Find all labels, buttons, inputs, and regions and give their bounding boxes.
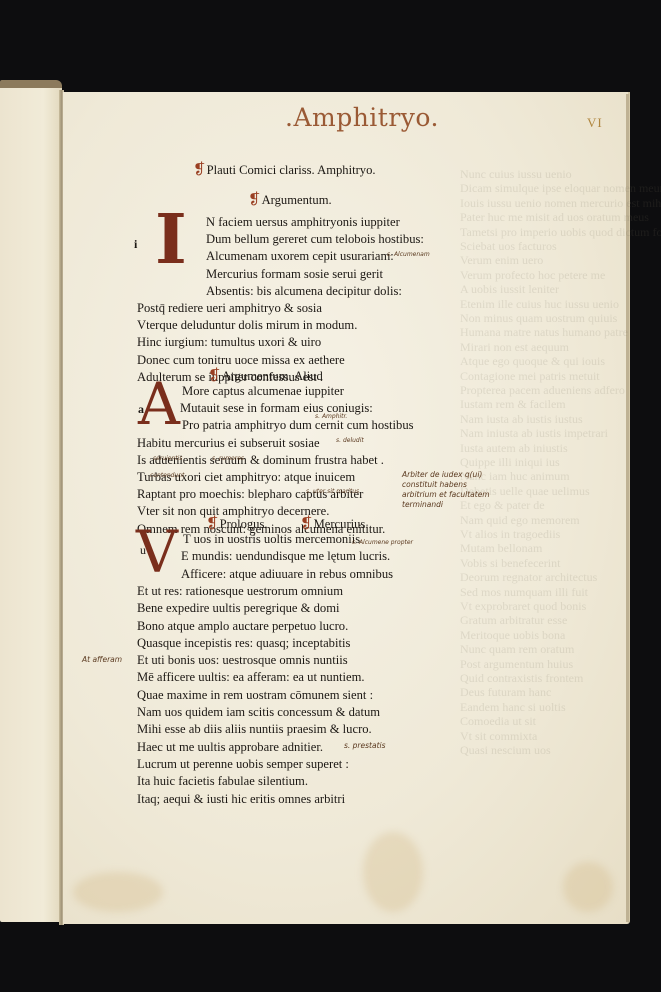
text-line: Absentis: bis alcumena decipitur dolis: bbox=[206, 283, 402, 300]
text-line: Mē afficere uultis: ea afferam: ea ut nu… bbox=[137, 669, 365, 686]
text-line: Bono atque amplo auctare perpetuo lucro. bbox=[137, 618, 348, 635]
stain bbox=[73, 872, 163, 912]
text-line: Vterque deluduntur dolis mirum in modum. bbox=[137, 317, 357, 334]
text-line: Bene expedire uultis peregrique & domi bbox=[137, 600, 340, 617]
text-line: N faciem uersus amphitryonis iuppiter bbox=[206, 214, 400, 231]
stain bbox=[363, 832, 423, 912]
text-line: Habitu mercurius ei subseruit sosiae bbox=[137, 435, 320, 452]
guide-letter-a: a bbox=[138, 402, 144, 417]
heading-argumentum: ❡Argumentum. bbox=[248, 192, 332, 209]
text-line: Alcumenam uxorem cepit usurariam: bbox=[206, 248, 394, 265]
bleed-through-line: Quasi nescium uos bbox=[460, 742, 551, 759]
left-page bbox=[0, 88, 62, 922]
annotation-usurariam: s. Alcumenam bbox=[387, 251, 430, 258]
annotation-arbiter-margin: Arbiter de iudex q(ui) constituit habens… bbox=[402, 470, 502, 510]
annotation-silentium: s. prestatis bbox=[344, 741, 386, 751]
text-line: Quae maxime in rem uostram cōmunem sient… bbox=[137, 687, 373, 704]
annotation-left-margin: At afferam bbox=[82, 655, 122, 665]
text-line: T uos in uostris uoltis mercemoniis bbox=[183, 531, 360, 548]
guide-letter-i: i bbox=[134, 237, 137, 252]
decorated-initial-a: A bbox=[138, 376, 180, 432]
text-line: Pro patria amphitryo dum cernit cum host… bbox=[182, 417, 414, 434]
text-line: Postq̄ rediere ueri amphitryo & sosia bbox=[137, 300, 322, 317]
annotation-raptant: contendunt bbox=[150, 472, 184, 479]
text-line: Haec ut me uultis approbare adnitier. bbox=[137, 739, 323, 756]
annotation-aduenientis: seruientis bbox=[153, 455, 182, 462]
text-line: Mercurius formam sosie serui gerit bbox=[206, 266, 383, 283]
text-line: E mundis: uendundisque me lętum lucris. bbox=[181, 548, 390, 565]
annotation-turbas: s. rumores bbox=[212, 455, 244, 462]
text-line: Et ut res: rationesque uestrorum omnium bbox=[137, 583, 343, 600]
text-line: Dum bellum gereret cum telobois hostibus… bbox=[206, 231, 424, 248]
decorated-initial-i: I bbox=[155, 210, 187, 270]
text-line: Ita huic facietis fabulae silentium. bbox=[137, 773, 308, 790]
text-line: Mihi esse ab diis aliis nuntiis praesim … bbox=[137, 721, 372, 738]
text-line: Quasque incepistis res: quasq; inceptabi… bbox=[137, 635, 350, 652]
annotation-lucris: s. Alcumene propter bbox=[352, 539, 413, 546]
text-line: Lucrum ut perenne uobis semper superet : bbox=[137, 756, 349, 773]
text-line: Afficere: atque adiuuare in rebus omnibu… bbox=[181, 566, 393, 583]
title-line: ❡Plauti Comici clariss. Amphitryo. bbox=[193, 162, 376, 179]
text-line: More captus alcumenae iuppiter bbox=[182, 383, 344, 400]
text-line: Et uti bonis uos: uestrosque omnis nunti… bbox=[137, 652, 348, 669]
text-line: Donec cum tonitru uoce missa ex aethere bbox=[137, 352, 345, 369]
pilcrow-icon: ❡ bbox=[248, 192, 261, 208]
pilcrow-icon: ❡ bbox=[208, 368, 221, 384]
text-line: Nam uos quidem iam scitis concessum & da… bbox=[137, 704, 380, 721]
pilcrow-icon: ❡ bbox=[193, 162, 206, 178]
pilcrow-icon: ❡ bbox=[206, 516, 219, 532]
stain bbox=[563, 862, 613, 912]
folio-number: VI bbox=[587, 115, 603, 131]
running-title: .Amphitryo. bbox=[285, 103, 439, 132]
guide-letter-u: u bbox=[140, 543, 146, 558]
annotation-cernit: s. Amphitr. bbox=[315, 413, 347, 420]
annotation-habet: s. deludit bbox=[336, 437, 364, 444]
annotation-decernere: s. uter sit maritus bbox=[306, 488, 359, 495]
text-line: Hinc iurgium: tumultus uxori & uiro bbox=[137, 334, 321, 351]
pilcrow-icon: ❡ bbox=[300, 516, 313, 532]
text-line: Itaq; aequi & iusti hic eritis omnes arb… bbox=[137, 791, 345, 808]
